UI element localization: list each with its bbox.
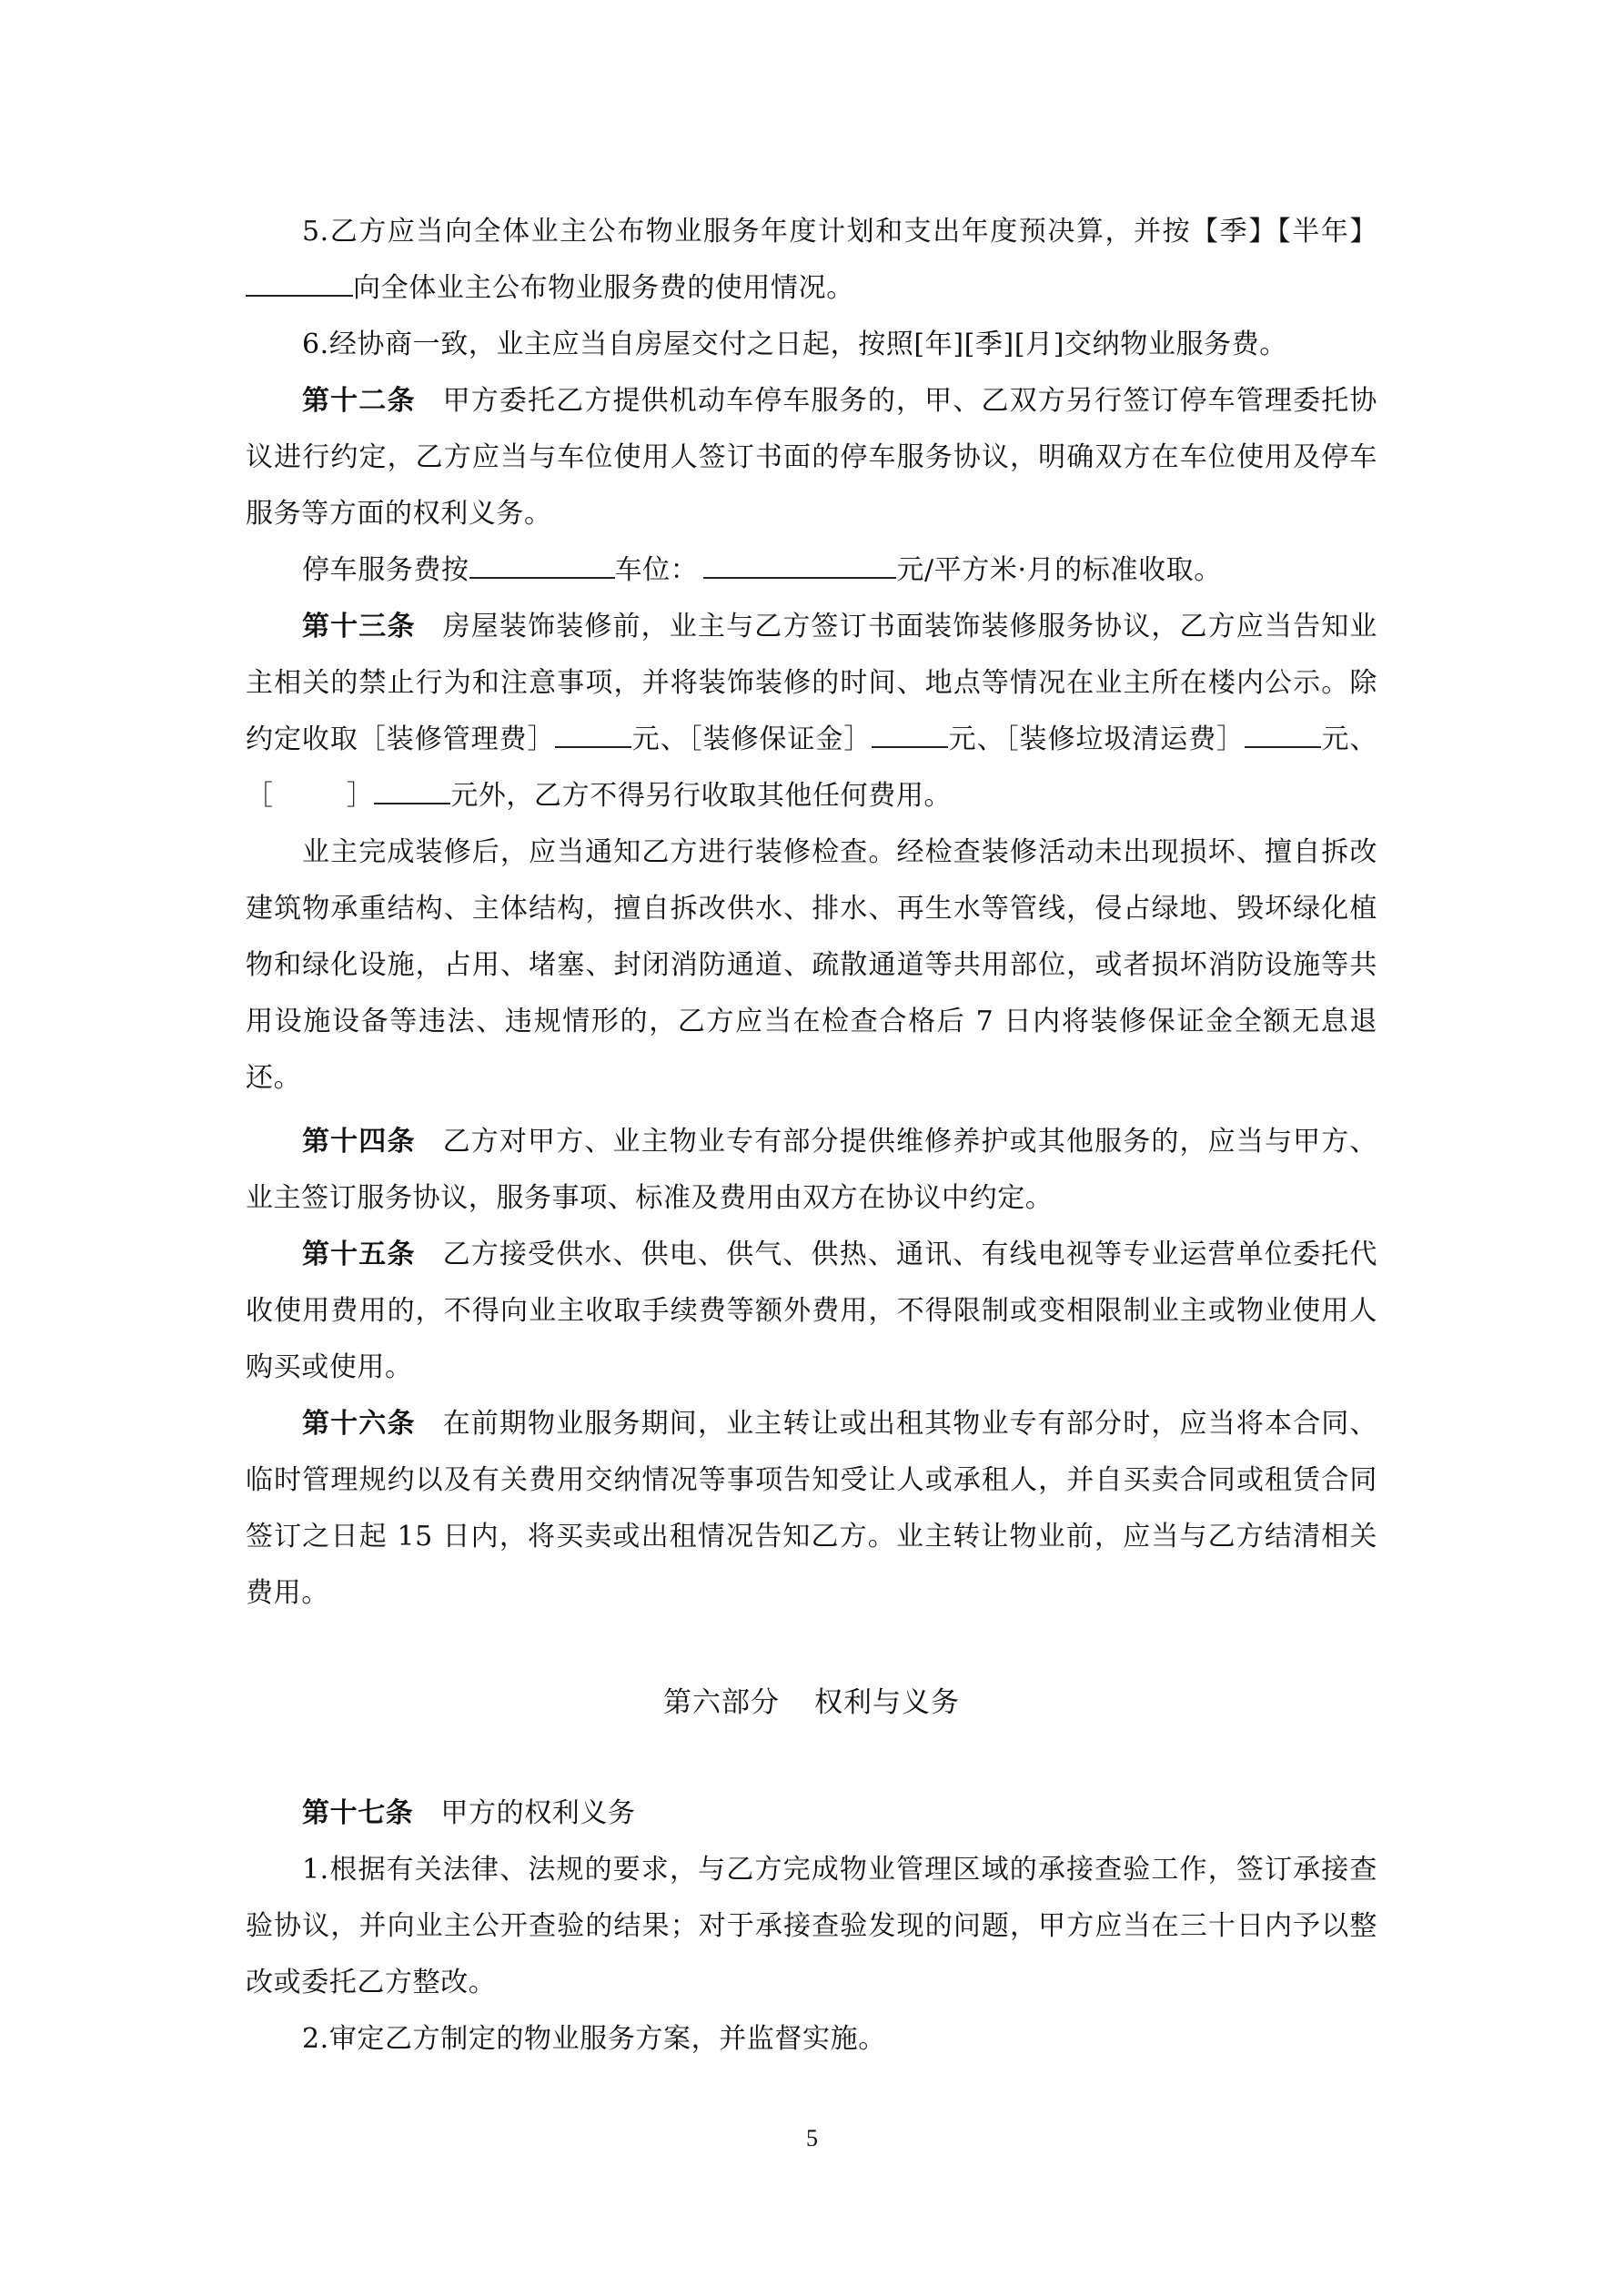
article-number: 第十五条 [302,1239,416,1270]
article-12: 第十二条甲方委托乙方提供机动车停车服务的，甲、乙双方另行签订停车管理委托协议进行… [246,373,1377,542]
section-heading: 第六部分权利与义务 [246,1674,1377,1731]
article-17-item-2: 2.审定乙方制定的物业服务方案，并监督实施。 [246,2011,1377,2068]
article-15: 第十五条乙方接受供水、供电、供气、供热、通讯、有线电视等专业运营单位委托代收使用… [246,1227,1377,1396]
article-17: 第十七条甲方的权利义务 [246,1785,1377,1842]
fee-label: 元、［装修垃圾清运费］ [948,723,1245,755]
fill-blank [555,721,631,749]
parking-text: 元/平方米·月的标准收取。 [896,554,1221,586]
article-number: 第十四条 [302,1126,416,1158]
fee-label: 元外，乙方不得另行收取其他任何费用。 [450,780,952,812]
clause-5-text-end: 向全体业主公布物业服务费的使用情况。 [353,272,854,304]
fill-blank [872,721,948,749]
section-title: 权利与义务 [814,1686,960,1719]
fee-label: 元、［装修保证金］ [631,723,872,755]
fee-label: ［装修管理费］ [358,723,556,755]
parking-text: 车位： [615,554,699,586]
article-text: 甲方的权利义务 [440,1797,635,1829]
fill-blank [703,551,896,580]
clause-6: 6.经协商一致，业主应当自房屋交付之日起，按照[年][季][月]交纳物业服务费。 [246,317,1377,373]
article-16: 第十六条在前期物业服务期间，业主转让或出租其物业专有部分时，应当将本合同、临时管… [246,1396,1377,1622]
section-part: 第六部分 [663,1686,780,1719]
fee-label: ］ [347,780,375,812]
document-page: 5.乙方应当向全体业主公布物业服务年度计划和支出年度预决算，并按【季】【半年】向… [0,0,1624,2296]
parking-text: 停车服务费按 [302,554,469,586]
article-17-item-1: 1.根据有关法律、法规的要求，与乙方完成物业管理区域的承接查验工作，签订承接查验… [246,1842,1377,2011]
clause-5-text: 5.乙方应当向全体业主公布物业服务年度计划和支出年度预决算，并按【季】【半年】 [302,216,1377,248]
article-14: 第十四条乙方对甲方、业主物业专有部分提供维修养护或其他服务的，应当与甲方、业主签… [246,1114,1377,1227]
fill-blank [374,777,450,805]
clause-5: 5.乙方应当向全体业主公布物业服务年度计划和支出年度预决算，并按【季】【半年】向… [246,204,1377,317]
article-number: 第十七条 [302,1797,413,1829]
fill-blank [469,551,615,580]
document-body: 5.乙方应当向全体业主公布物业服务年度计划和支出年度预决算，并按【季】【半年】向… [246,204,1377,2068]
article-13: 第十三条房屋装饰装修前，业主与乙方签订书面装饰装修服务协议，乙方应当告知业主相关… [246,599,1377,824]
parking-fee-line: 停车服务费按车位：元/平方米·月的标准收取。 [246,542,1377,599]
article-number: 第十二条 [302,385,416,417]
page-number: 5 [0,2125,1624,2152]
fill-blank [1245,721,1321,749]
fill-blank [246,269,353,298]
article-number: 第十六条 [302,1408,416,1440]
article-number: 第十三条 [302,611,416,642]
renovation-inspection: 业主完成装修后，应当通知乙方进行装修检查。经检查装修活动未出现损坏、擅自拆改建筑… [246,824,1377,1107]
